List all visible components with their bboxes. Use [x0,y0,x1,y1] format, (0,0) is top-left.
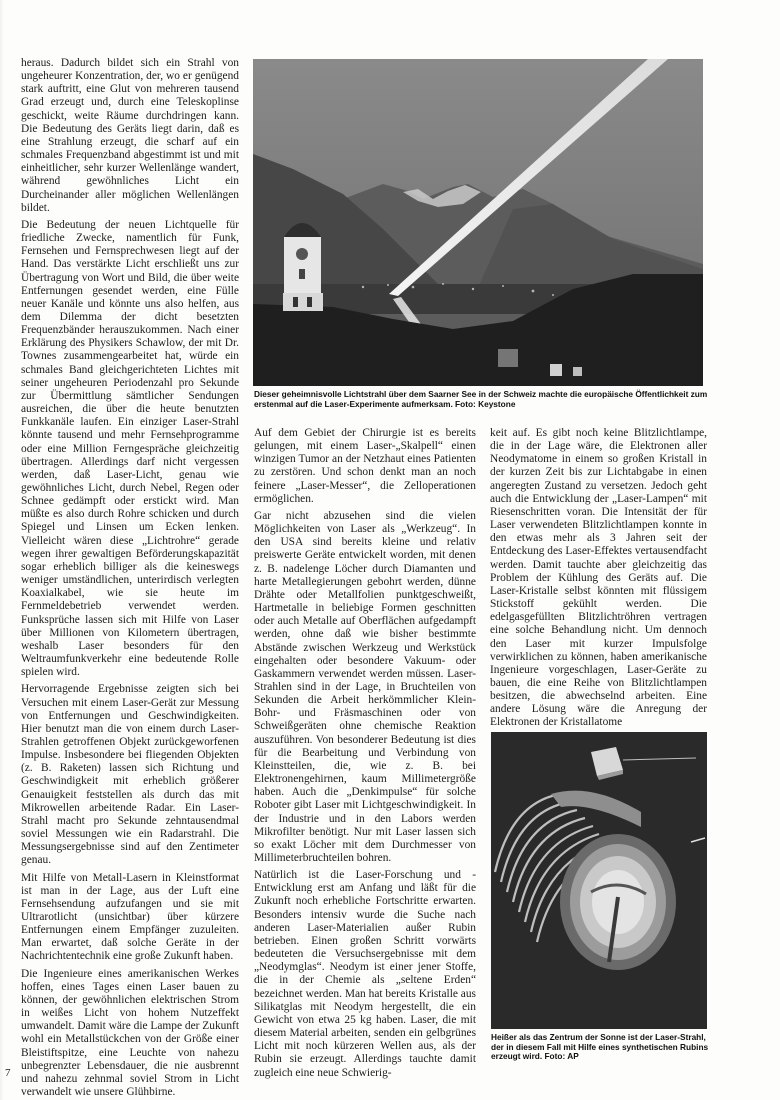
middle-paragraph-1: Auf dem Gebiet der Chirurgie ist es bere… [254,427,476,506]
laser-beam-landscape-image [253,59,703,386]
laser-beam-photo [253,59,703,386]
middle-paragraph-3: Natürlich ist die Laser-Forschung und -E… [254,869,476,1080]
left-paragraph-3: Hervorragende Ergebnisse zeigten sich be… [21,683,239,867]
ruby-laser-photo [491,732,707,1029]
middle-paragraph-2: Gar nicht abzusehen sind die vielen Mögl… [254,510,476,865]
left-paragraph-5: Die Ingenieure eines amerikanischen Werk… [21,968,239,1100]
right-text-column: keit auf. Es gibt noch keine Blitzlichtl… [490,427,707,734]
photo1-caption: Dieser geheimnisvolle Lichtstrahl über d… [254,390,714,409]
left-text-column: heraus. Dadurch bildet sich ein Strahl v… [21,57,239,1100]
left-paragraph-2: Die Bedeutung der neuen Lichtquelle für … [21,219,239,679]
right-paragraph-1: keit auf. Es gibt noch keine Blitzlichtl… [490,427,707,730]
ruby-laser-device-image [491,732,707,1029]
page-spine-shadow [0,0,4,1100]
left-paragraph-4: Mit Hilfe von Metall-Lasern in Kleinstfo… [21,872,239,964]
magazine-page: heraus. Dadurch bildet sich ein Strahl v… [0,0,780,1100]
page-number: 7 [5,1067,11,1079]
middle-text-column: Auf dem Gebiet der Chirurgie ist es bere… [254,427,476,1084]
left-paragraph-1: heraus. Dadurch bildet sich ein Strahl v… [21,57,239,215]
photo2-caption: Heißer als das Zentrum der Sonne ist der… [491,1033,709,1062]
